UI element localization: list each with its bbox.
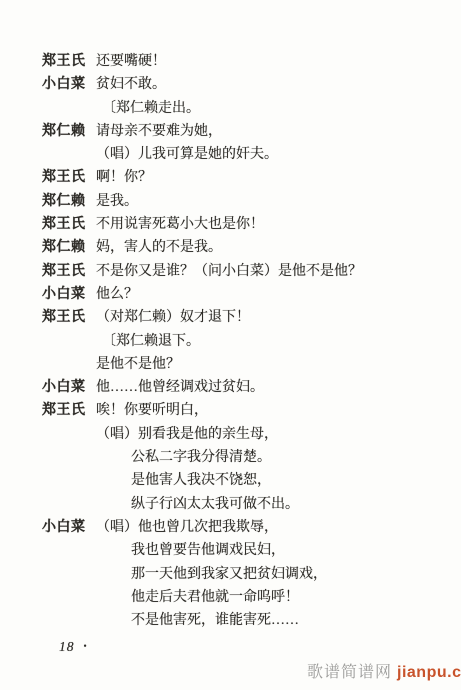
script-line-lyric: 我也曾要告他调戏民妇， xyxy=(0,539,461,562)
speaker-name: 郑王氏 xyxy=(42,166,86,189)
scanned-script-page: 郑王氏还要嘴硬！ 小白菜贫妇不敢。 〔郑仁赖走出。 郑仁赖请母亲不要难为她， （… xyxy=(0,0,461,690)
line-text: 那一天他到我家又把贫妇调戏， xyxy=(131,563,327,586)
speaker-name: 郑王氏 xyxy=(42,213,86,236)
script-line-lyric: 是他害人我决不饶恕， xyxy=(0,469,461,492)
script-line: 郑仁赖妈，害人的不是我。 xyxy=(0,236,461,259)
script-line-lyric: 公私二字我分得清楚。 xyxy=(0,446,461,469)
script-line-sung: （唱）儿我可算是她的奸夫。 xyxy=(0,143,461,166)
script-line: 小白菜他么？ xyxy=(0,283,461,306)
speaker-name: 小白菜 xyxy=(42,516,86,539)
script-line: 郑王氏不是你又是谁？（问小白菜）是他不是他？ xyxy=(0,260,461,283)
speaker-name: 郑王氏 xyxy=(42,399,86,422)
script-line-lyric: 他走后夫君他就一命呜呼！ xyxy=(0,586,461,609)
script-line-stage-direction: 〔郑仁赖退下。 xyxy=(0,330,461,353)
line-text: 啊！你？ xyxy=(96,166,152,189)
script-line: 郑王氏唉！你要听明白， xyxy=(0,399,461,422)
script-line: 郑王氏还要嘴硬！ xyxy=(0,50,461,73)
page-number-value: 18 xyxy=(59,639,75,654)
script-lines: 郑王氏还要嘴硬！ 小白菜贫妇不敢。 〔郑仁赖走出。 郑仁赖请母亲不要难为她， （… xyxy=(0,50,461,632)
speaker-name: 小白菜 xyxy=(42,73,86,96)
line-text: （唱）别看我是他的亲生母， xyxy=(96,423,278,446)
script-line: 是他不是他？ xyxy=(0,353,461,376)
line-text: 贫妇不敢。 xyxy=(96,73,166,96)
line-text: 他……他曾经调戏过贫妇。 xyxy=(96,376,264,399)
line-text: 他走后夫君他就一命呜呼！ xyxy=(131,586,299,609)
line-text: 纵子行凶太太我可做不出。 xyxy=(131,493,299,516)
script-line-stage-direction: 〔郑仁赖走出。 xyxy=(0,97,461,120)
speaker-name: 郑王氏 xyxy=(42,306,86,329)
page-number-bullet-icon: • xyxy=(84,641,88,651)
line-text: 是他害人我决不饶恕， xyxy=(131,469,271,492)
line-text: 是我。 xyxy=(96,190,138,213)
line-text: 不是他害死，谁能害死…… xyxy=(131,609,299,632)
line-text: （唱）他也曾几次把我欺辱， xyxy=(96,516,278,539)
line-text: （对郑仁赖）奴才退下！ xyxy=(96,306,250,329)
speaker-name: 郑仁赖 xyxy=(42,236,86,259)
line-text: 不是你又是谁？（问小白菜）是他不是他？ xyxy=(96,260,362,283)
script-line-lyric: 不是他害死，谁能害死…… xyxy=(0,609,461,632)
speaker-name: 小白菜 xyxy=(42,376,86,399)
script-line-lyric: 纵子行凶太太我可做不出。 xyxy=(0,493,461,516)
speaker-name: 郑仁赖 xyxy=(42,120,86,143)
script-line: 郑仁赖是我。 xyxy=(0,190,461,213)
script-line: 郑王氏不用说害死葛小大也是你！ xyxy=(0,213,461,236)
page-number: 18• xyxy=(59,636,88,656)
script-line: 小白菜他……他曾经调戏过贫妇。 xyxy=(0,376,461,399)
script-line-sung: 小白菜（唱）他也曾几次把我欺辱， xyxy=(0,516,461,539)
script-line-lyric: 那一天他到我家又把贫妇调戏， xyxy=(0,563,461,586)
watermark-site-name: 歌谱简谱网 xyxy=(307,664,392,681)
line-text: 是他不是他？ xyxy=(96,353,180,376)
speaker-name: 郑王氏 xyxy=(42,260,86,283)
line-text: 他么？ xyxy=(96,283,138,306)
speaker-name: 小白菜 xyxy=(42,283,86,306)
watermark: 歌谱简谱网jianpu.cn xyxy=(307,662,461,684)
line-text: 请母亲不要难为她， xyxy=(96,120,222,143)
line-text: 还要嘴硬！ xyxy=(96,50,166,73)
line-text: 不用说害死葛小大也是你！ xyxy=(96,213,264,236)
speaker-name: 郑王氏 xyxy=(42,50,86,73)
script-line: 郑王氏啊！你？ xyxy=(0,166,461,189)
script-line: 郑王氏（对郑仁赖）奴才退下！ xyxy=(0,306,461,329)
speaker-name: 郑仁赖 xyxy=(42,190,86,213)
line-text: 我也曾要告他调戏民妇， xyxy=(131,539,285,562)
line-text: 妈，害人的不是我。 xyxy=(96,236,222,259)
watermark-site-url: jianpu.cn xyxy=(397,664,461,681)
line-text: 公私二字我分得清楚。 xyxy=(131,446,271,469)
line-text: 〔郑仁赖走出。 xyxy=(102,97,200,120)
script-line-sung: （唱）别看我是他的亲生母， xyxy=(0,423,461,446)
line-text: 唉！你要听明白， xyxy=(96,399,208,422)
script-line: 小白菜贫妇不敢。 xyxy=(0,73,461,96)
line-text: （唱）儿我可算是她的奸夫。 xyxy=(96,143,278,166)
line-text: 〔郑仁赖退下。 xyxy=(102,330,200,353)
script-line: 郑仁赖请母亲不要难为她， xyxy=(0,120,461,143)
